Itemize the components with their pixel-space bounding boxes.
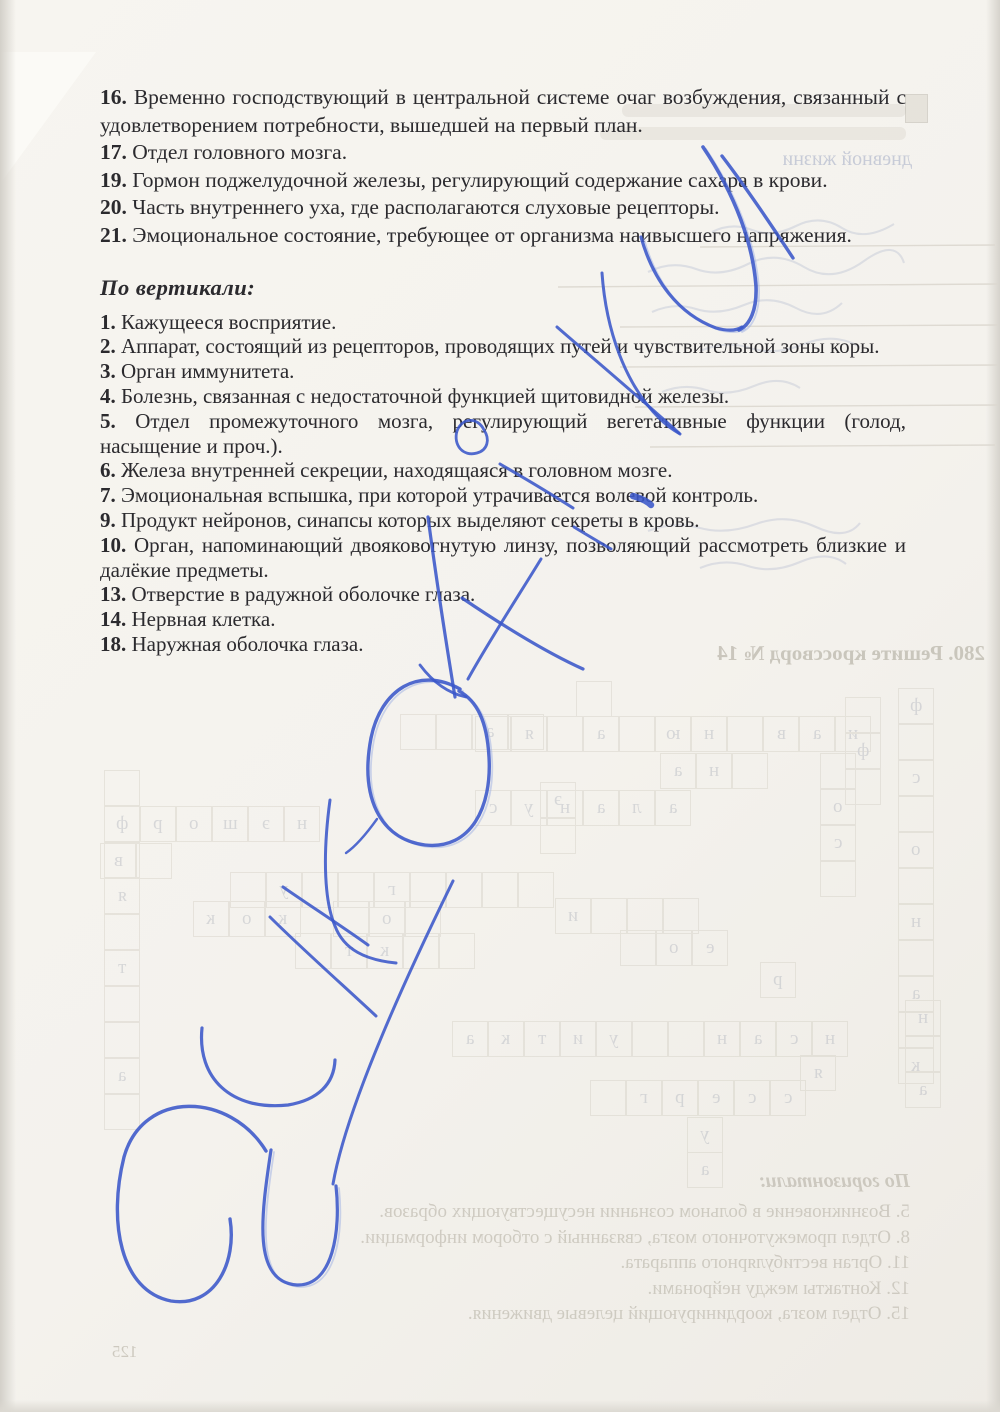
pen-stroke (557, 327, 679, 433)
pen-stroke (468, 559, 541, 679)
pen-stroke-ghost (266, 1152, 340, 1287)
pen-scribble-overlay (0, 0, 1000, 1412)
pen-stroke (602, 273, 680, 434)
pen-stroke (202, 1028, 335, 1106)
pen-stroke (500, 464, 573, 508)
pen-stroke (456, 420, 487, 453)
pen-stroke (270, 917, 376, 1016)
pen-stroke-ghost (706, 149, 759, 332)
scanned-page: яаюнваифсонакфааноссуналаэфятарошэнвугко… (0, 0, 1000, 1412)
pen-stroke (574, 527, 611, 549)
pen-stroke (263, 1150, 337, 1285)
pen-stroke (333, 881, 453, 1184)
pen-stroke (641, 237, 742, 330)
pen-stroke (117, 1106, 266, 1301)
pen-stroke (428, 517, 455, 697)
pen-stroke (722, 156, 793, 258)
pen-stroke (633, 496, 651, 505)
pen-stroke (283, 887, 368, 945)
pen-stroke (703, 147, 756, 330)
pen-stroke (368, 680, 489, 845)
pen-stroke (346, 819, 377, 853)
